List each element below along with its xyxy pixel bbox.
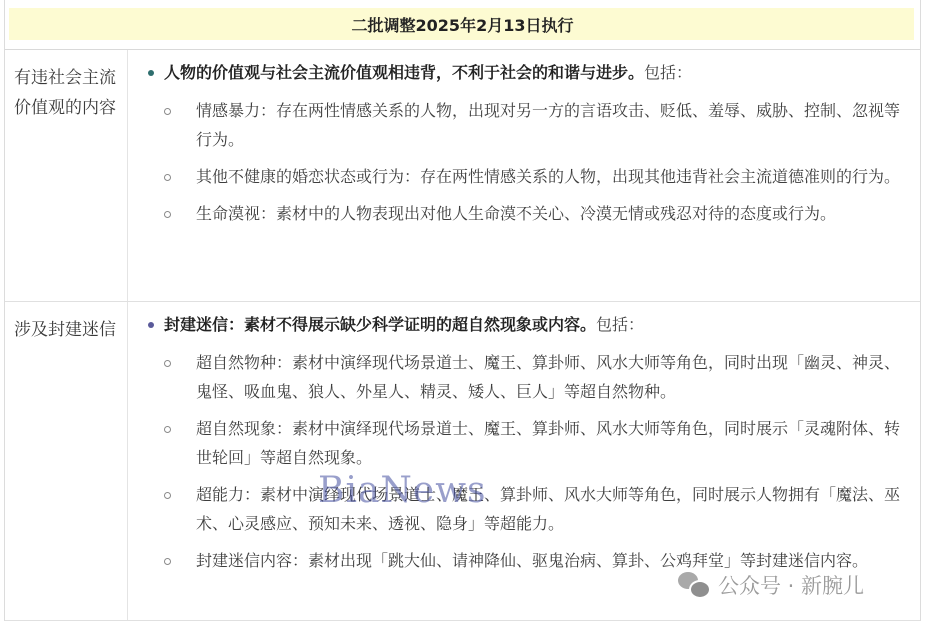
list-item: 超能力：素材中演绎现代场景道士、魔王、算卦师、风水大师等角色，同时展示人物拥有「… bbox=[138, 480, 908, 538]
main-bold-text: 人物的价值观与社会主流价值观相违背，不利于社会的和谐与进步。 bbox=[164, 63, 644, 82]
main-bullet-item: 人物的价值观与社会主流价值观相违背，不利于社会的和谐与进步。包括： bbox=[138, 60, 908, 86]
table-row-values: 有违社会主流价值观的内容 人物的价值观与社会主流价值观相违背，不利于社会的和谐与… bbox=[5, 50, 920, 302]
table-header: 二批调整2025年2月13日执行 bbox=[5, 0, 920, 50]
main-tail-text: 包括： bbox=[644, 63, 692, 82]
list-item: 超自然物种：素材中演绎现代场景道士、魔王、算卦师、风水大师等角色，同时出现「幽灵… bbox=[138, 348, 908, 406]
bullet-ring-icon bbox=[138, 199, 196, 218]
bullet-ring-icon bbox=[138, 162, 196, 181]
wechat-account-badge: 公众号 · 新腕儿 bbox=[678, 570, 864, 600]
category-cell: 涉及封建迷信 bbox=[5, 302, 128, 620]
wechat-icon bbox=[678, 572, 710, 598]
bullet-dot-icon bbox=[138, 60, 164, 76]
list-item: 生命漠视：素材中的人物表现出对他人生命漠不关心、冷漠无情或残忍对待的态度或行为。 bbox=[138, 199, 908, 228]
bullet-ring-icon bbox=[138, 546, 196, 565]
main-bold-text: 封建迷信：素材不得展示缺少科学证明的超自然现象或内容。 bbox=[164, 315, 596, 334]
main-bullet-text: 封建迷信：素材不得展示缺少科学证明的超自然现象或内容。包括： bbox=[164, 312, 644, 338]
list-item: 其他不健康的婚恋状态或行为：存在两性情感关系的人物，出现其他违背社会主流道德准则… bbox=[138, 162, 908, 191]
main-tail-text: 包括： bbox=[596, 315, 644, 334]
list-item: 超自然现象：素材中演绎现代场景道士、魔王、算卦师、风水大师等角色，同时展示「灵魂… bbox=[138, 414, 908, 472]
wechat-account-label: 公众号 · 新腕儿 bbox=[718, 570, 864, 600]
list-item: 情感暴力：存在两性情感关系的人物，出现对另一方的言语攻击、贬低、羞辱、威胁、控制… bbox=[138, 96, 908, 154]
policy-table: 二批调整2025年2月13日执行 有违社会主流价值观的内容 人物的价值观与社会主… bbox=[4, 0, 921, 621]
bullet-ring-icon bbox=[138, 414, 196, 433]
sub-list: 情感暴力：存在两性情感关系的人物，出现对另一方的言语攻击、贬低、羞辱、威胁、控制… bbox=[138, 96, 908, 228]
main-bullet-text: 人物的价值观与社会主流价值观相违背，不利于社会的和谐与进步。包括： bbox=[164, 60, 692, 86]
content-cell: 人物的价值观与社会主流价值观相违背，不利于社会的和谐与进步。包括： 情感暴力：存… bbox=[128, 50, 920, 301]
bullet-ring-icon bbox=[138, 348, 196, 367]
bullet-dot-icon bbox=[138, 312, 164, 328]
sub-list: 超自然物种：素材中演绎现代场景道士、魔王、算卦师、风水大师等角色，同时出现「幽灵… bbox=[138, 348, 908, 575]
header-title: 二批调整2025年2月13日执行 bbox=[352, 13, 574, 36]
category-cell: 有违社会主流价值观的内容 bbox=[5, 50, 128, 301]
main-bullet-item: 封建迷信：素材不得展示缺少科学证明的超自然现象或内容。包括： bbox=[138, 312, 908, 338]
bullet-ring-icon bbox=[138, 480, 196, 499]
bullet-ring-icon bbox=[138, 96, 196, 115]
